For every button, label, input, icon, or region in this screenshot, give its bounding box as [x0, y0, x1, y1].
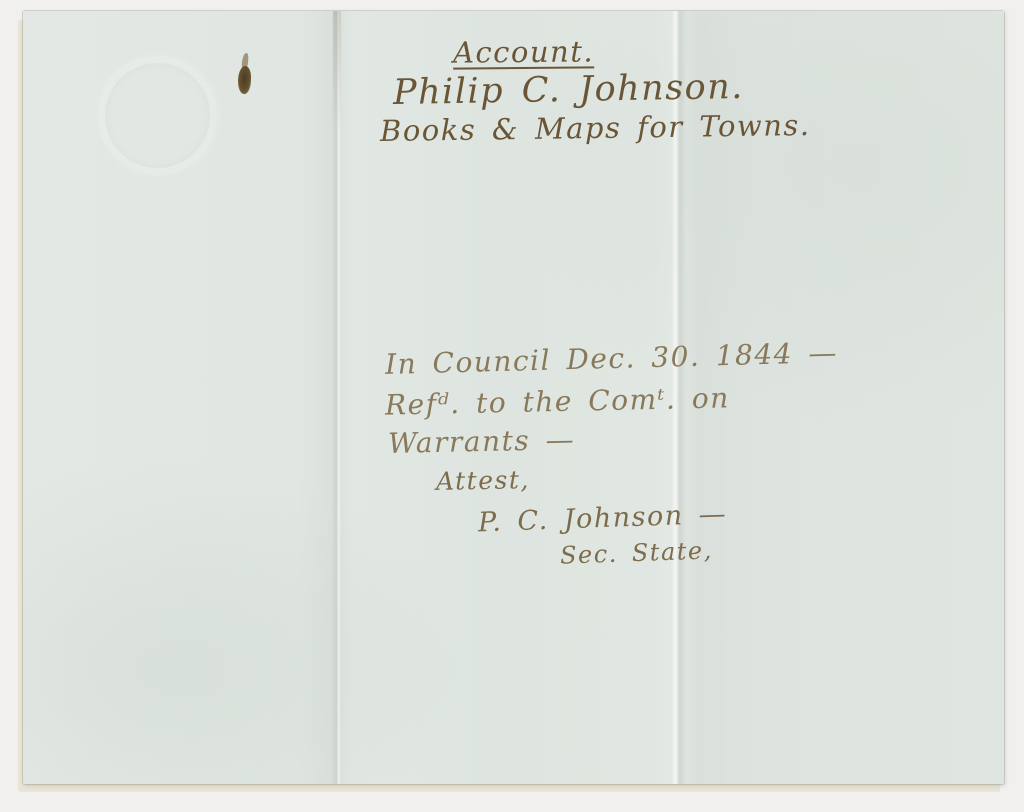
- endorsement-line-council-date: In Council Dec. 30. 1844 —: [385, 339, 839, 379]
- attestation-signer-title: Sec. State,: [560, 538, 713, 567]
- scanned-document-scene: Account. Philip C. Johnson. Books & Maps…: [0, 0, 1024, 812]
- embossed-seal: [98, 56, 217, 175]
- heading-title: Account.: [453, 37, 594, 67]
- endorsement-line-warrants: Warrants —: [388, 426, 576, 458]
- heading-subject: Books & Maps for Towns.: [380, 111, 811, 146]
- heading-name: Philip C. Johnson.: [393, 70, 744, 111]
- endorsement-line-referred: Refᵈ. to the Comᵗ. on: [385, 384, 730, 419]
- document-paper: Account. Philip C. Johnson. Books & Maps…: [23, 11, 1004, 784]
- fold-crease-left: [331, 11, 341, 784]
- ink-blot-body: [237, 66, 252, 95]
- ink-blot: [234, 53, 252, 95]
- attestation-signature: P. C. Johnson —: [478, 501, 728, 537]
- attestation-attest: Attest,: [436, 467, 530, 494]
